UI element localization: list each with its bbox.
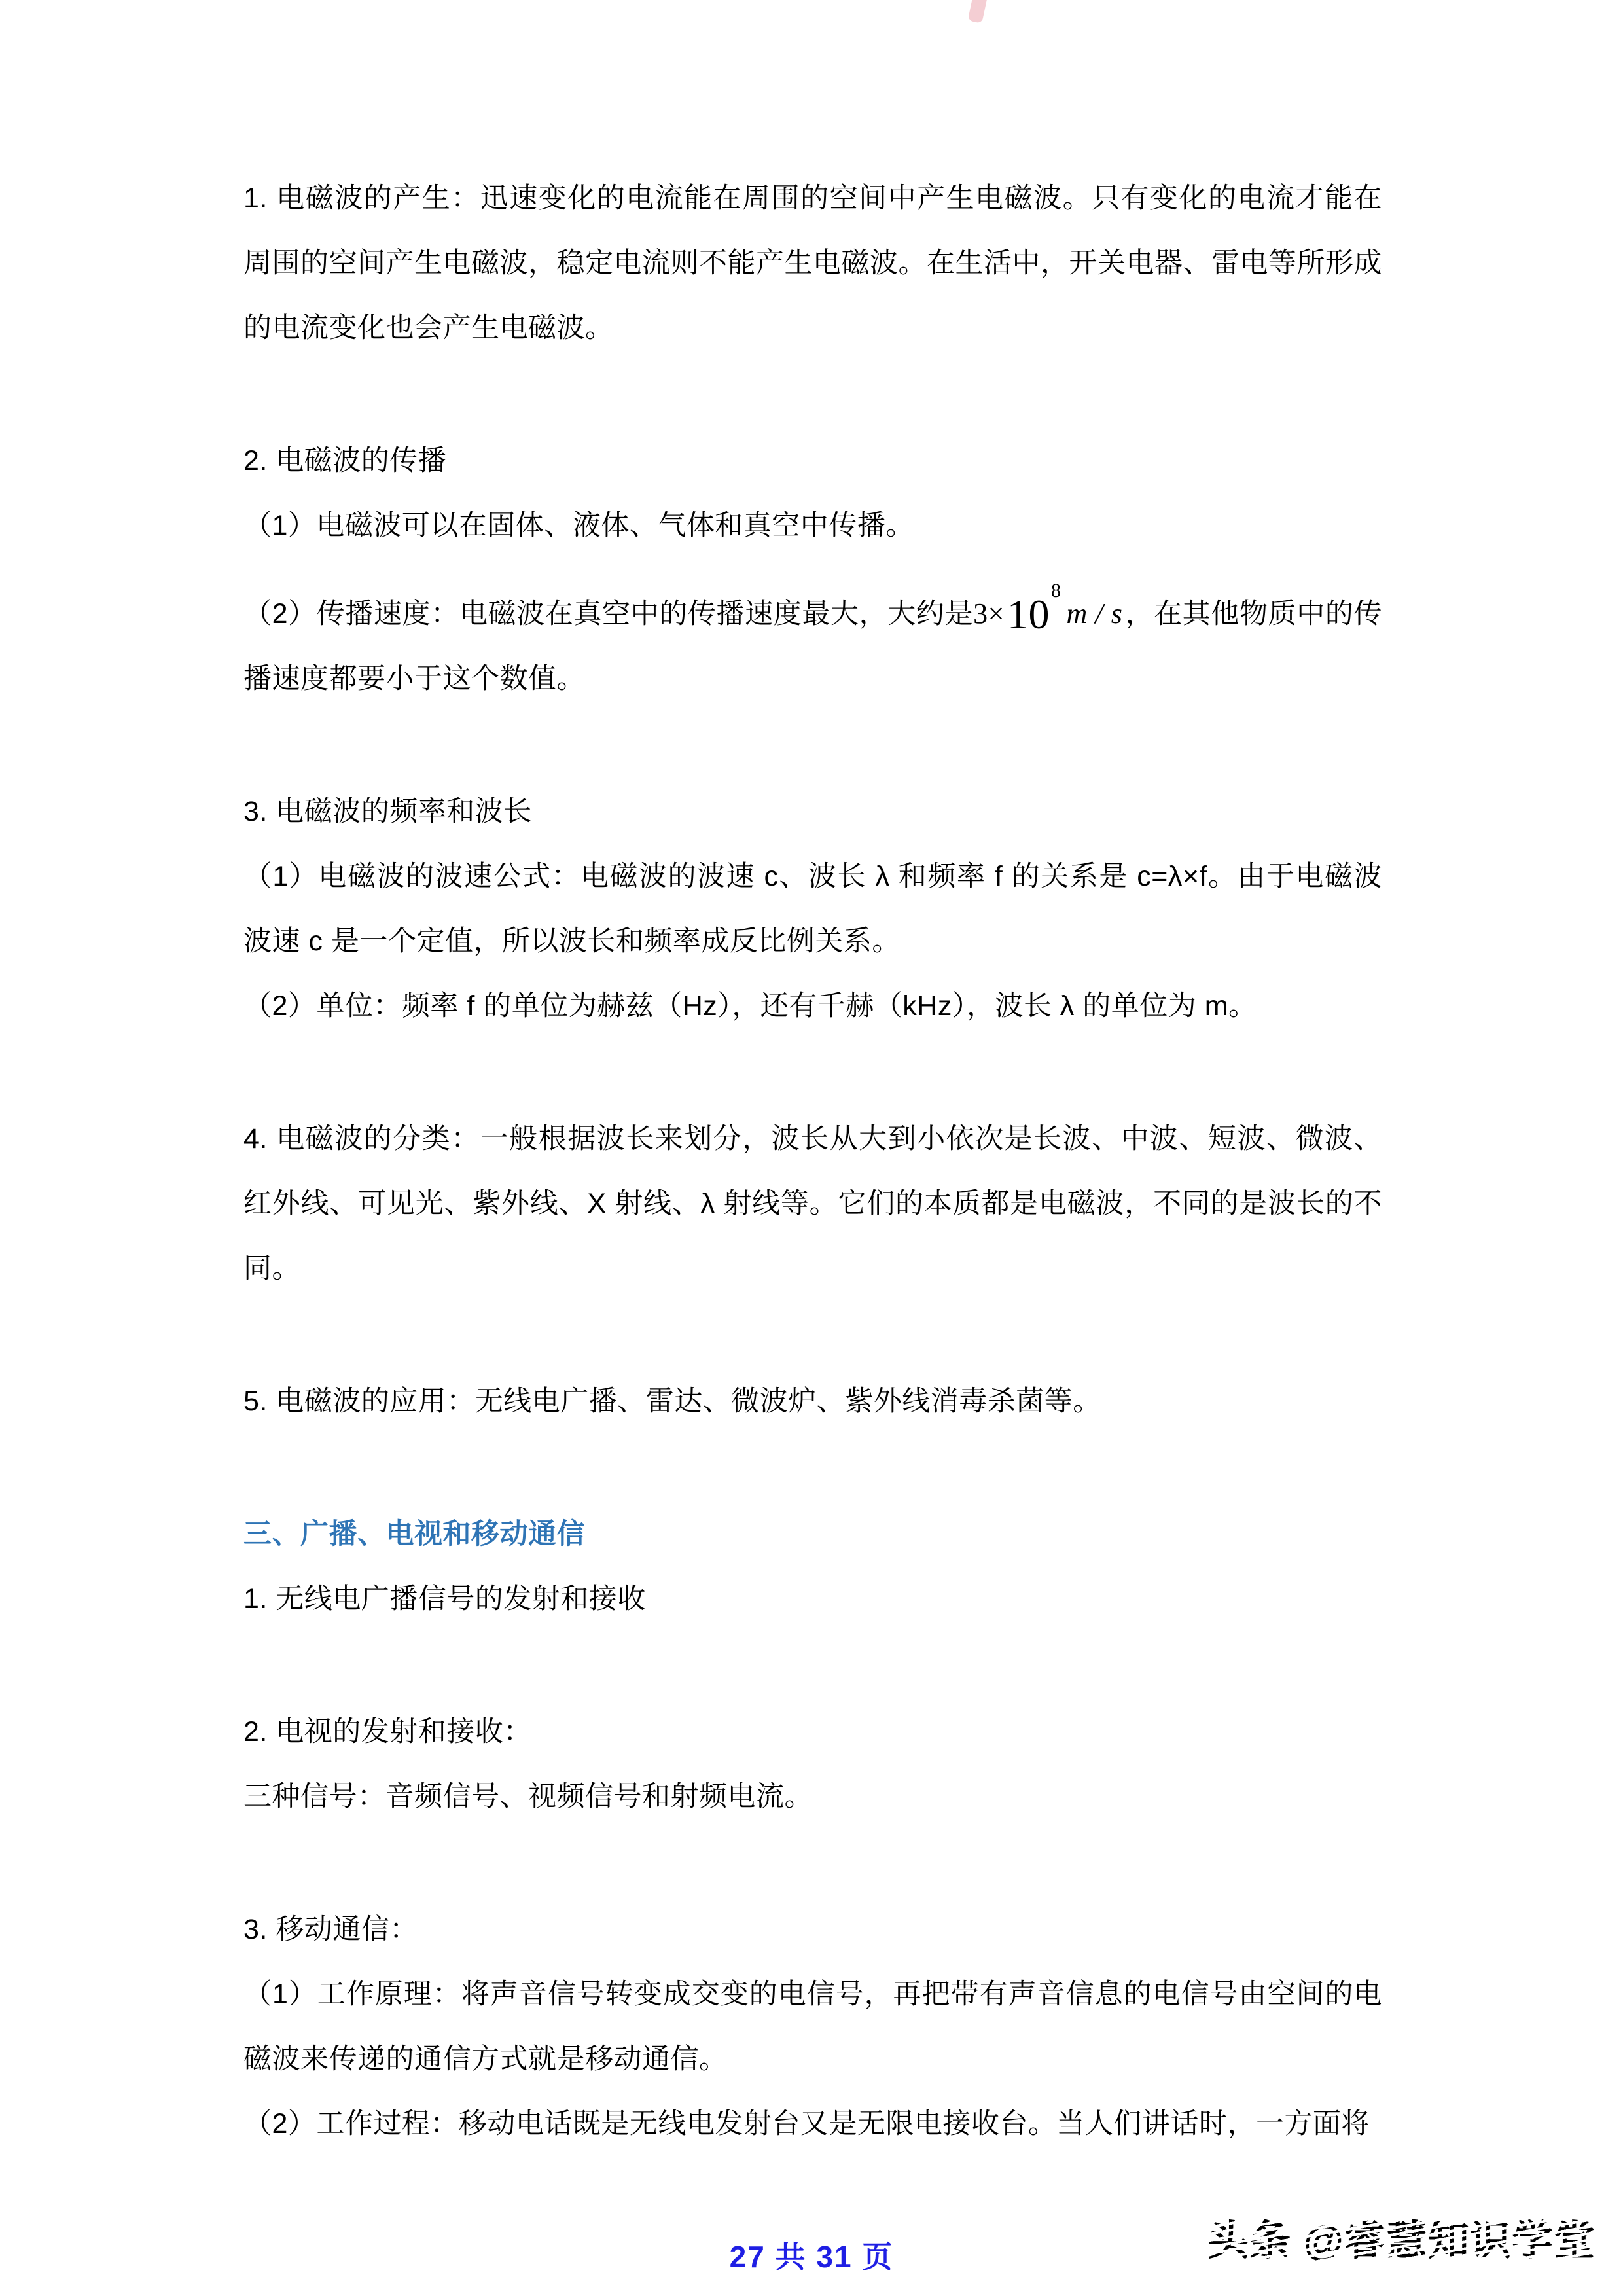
paragraph-emwave-generation: 1. 电磁波的产生：迅速变化的电流能在周围的空间中产生电磁波。只有变化的电流才能… [243, 166, 1382, 361]
paragraph-emwave-propagation-title: 2. 电磁波的传播 [243, 429, 1382, 493]
paragraph-propagation-media: （1）电磁波可以在固体、液体、气体和真空中传播。 [243, 493, 1382, 558]
formula-unit: m / s [1067, 598, 1123, 630]
document-page: 1. 电磁波的产生：迅速变化的电流能在周围的空间中产生电磁波。只有变化的电流才能… [0, 0, 1623, 2296]
paragraph-emwave-applications: 5. 电磁波的应用：无线电广播、雷达、微波炉、紫外线消毒杀菌等。 [243, 1369, 1382, 1434]
section-heading-broadcast-tv-mobile: 三、广播、电视和移动通信 [243, 1502, 1382, 1567]
propagation-speed-prefix: （2）传播速度：电磁波在真空中的传播速度最大，大约是 [243, 598, 973, 630]
paragraph-wave-speed-formula: （1）电磁波的波速公式：电磁波的波速 c、波长 λ 和频率 f 的关系是 c=λ… [243, 844, 1382, 974]
paragraph-three-signals: 三种信号：音频信号、视频信号和射频电流。 [243, 1765, 1382, 1829]
paragraph-propagation-speed: （2）传播速度：电磁波在真空中的传播速度最大，大约是3×108m / s，在其他… [243, 558, 1382, 711]
formula-exponent: 8 [1051, 580, 1061, 601]
paragraph-mobile-communication-title: 3. 移动通信： [243, 1897, 1382, 1962]
paragraph-mobile-working-process: （2）工作过程：移动电话既是无线电发射台又是无限电接收台。当人们讲话时，一方面将 [243, 2092, 1382, 2157]
watermark: 头条 @睿慧知识学堂 [1207, 2214, 1616, 2269]
speed-of-light-formula: 3×108m / s [973, 599, 1125, 630]
watermark-text: 头条 @睿慧知识学堂 [1207, 2218, 1596, 2264]
pink-scan-artifact [968, 0, 988, 24]
formula-coefficient: 3× [973, 598, 1005, 630]
paragraph-radio-broadcast: 1. 无线电广播信号的发射和接收 [243, 1567, 1382, 1632]
paragraph-emwave-classification: 4. 电磁波的分类：一般根据波长来划分，波长从大到小依次是长波、中波、短波、微波… [243, 1107, 1382, 1301]
formula-base-ten: 10 [1007, 591, 1050, 637]
paragraph-units: （2）单位：频率 f 的单位为赫兹（Hz），还有千赫（kHz），波长 λ 的单位… [243, 974, 1382, 1039]
document-content: 1. 电磁波的产生：迅速变化的电流能在周围的空间中产生电磁波。只有变化的电流才能… [243, 166, 1382, 2157]
paragraph-tv-title: 2. 电视的发射和接收： [243, 1700, 1382, 1765]
paragraph-mobile-working-principle: （1）工作原理：将声音信号转变成交变的电信号，再把带有声音信息的电信号由空间的电… [243, 1962, 1382, 2092]
paragraph-frequency-wavelength-title: 3. 电磁波的频率和波长 [243, 780, 1382, 844]
